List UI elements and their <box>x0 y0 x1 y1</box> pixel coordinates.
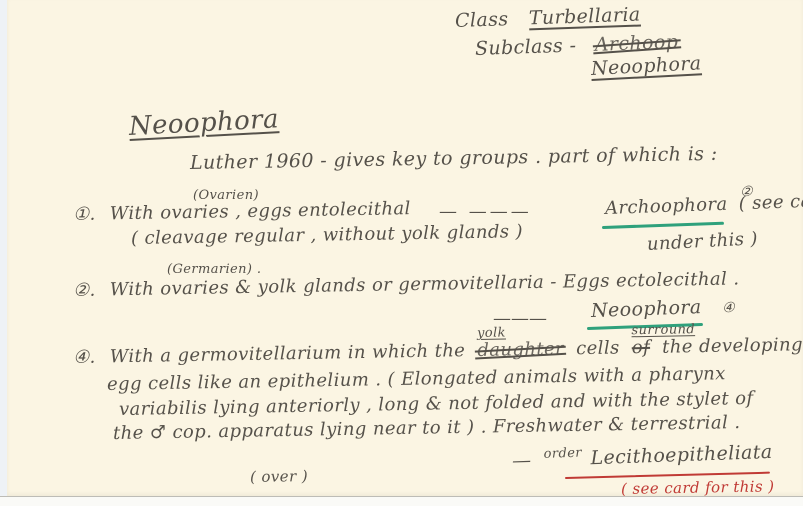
page-title: Neoophora <box>128 104 279 142</box>
scanned-index-card: Class Turbellaria Subclass - Archoop Neo… <box>0 0 803 506</box>
item4-correction1: yolk daughter <box>477 338 564 361</box>
item4-struck1: daughter <box>477 338 564 361</box>
item1-line: ①. With ovaries , eggs entolecithal <box>73 198 411 225</box>
item4-line1-pre: With a germovitellarium in which the <box>110 340 466 367</box>
subclass-name: Neoophora <box>590 52 702 80</box>
class-line: Class Turbellaria <box>455 4 641 32</box>
item1-result-taxon: Archoophora <box>605 194 728 219</box>
item4-line1-mid: cells <box>576 337 620 359</box>
scan-edge <box>0 496 803 506</box>
item1-result-note2: under this ) <box>646 228 758 255</box>
male-symbol: ♂ <box>150 422 167 443</box>
item1-green-underline <box>602 222 724 229</box>
item2-result-line: Neoophora ④ <box>591 295 736 322</box>
item1-number: ①. <box>73 204 96 225</box>
item1-dashes: — ——— <box>439 201 532 222</box>
item4-number: ④. <box>73 347 96 368</box>
over-note: ( over ) <box>250 467 308 486</box>
item4-result-taxon: Lecithoepitheliata <box>590 441 773 469</box>
item4-struck2: of <box>632 337 651 358</box>
item1-result-line: Archoophora ( see card <box>605 190 803 219</box>
item4-result-order: order <box>543 446 582 462</box>
item1-result-note1: ( see card <box>738 190 803 214</box>
item4-result-dash: — <box>512 449 532 472</box>
intro-line: Luther 1960 - gives key to groups . part… <box>190 143 718 174</box>
subclass-label: Subclass - <box>475 34 577 60</box>
item1-text: With ovaries , eggs entolecithal <box>110 198 411 224</box>
item4-result-note: ( see card for this ) <box>621 477 775 498</box>
item4-correction2: surround of <box>632 337 651 358</box>
index-card: Class Turbellaria Subclass - Archoop Neo… <box>7 0 803 496</box>
class-label: Class <box>455 8 509 32</box>
class-name: Turbellaria <box>528 4 640 30</box>
title-text: Neoophora <box>128 104 279 142</box>
subclass-name-line: Neoophora <box>590 52 702 80</box>
item2-result-taxon: Neoophora <box>591 296 702 322</box>
item4-result-line: — order Lecithoepitheliata <box>512 441 773 472</box>
item2-annotation: (Germarien) . <box>167 262 261 277</box>
item4-line1-post: the developing <box>662 334 803 357</box>
item2-number: ②. <box>73 280 96 301</box>
item2-result-ref: ④ <box>722 300 736 316</box>
item4-line4-a: the <box>113 422 144 444</box>
item1-detail: ( cleavage regular , without yolk glands… <box>131 221 523 249</box>
subclass-struck-name: Archoop <box>594 31 678 56</box>
item4-correction2-word: surround <box>631 322 695 338</box>
